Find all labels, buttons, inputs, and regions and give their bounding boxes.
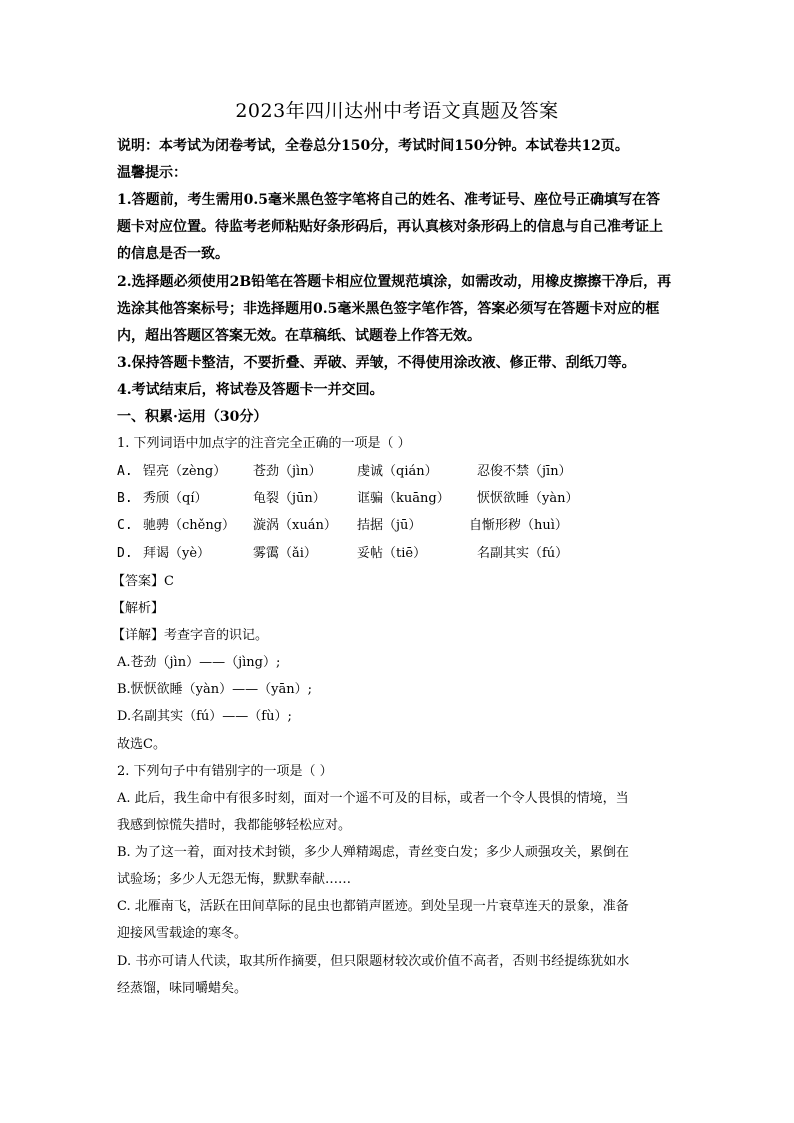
tip-2-line-3: 内，超出答题区答案无效。在草稿纸、试题卷上作答无效。 bbox=[117, 327, 687, 345]
q2-option-a-line-2: 我感到惊慌失措时，我都能够轻松应对。 bbox=[117, 817, 687, 835]
option-item: 妥帖（tiē） bbox=[357, 545, 426, 563]
question-1-stem: 1. 下列词语中加点字的注音完全正确的一项是（ ） bbox=[117, 435, 687, 453]
question-2-stem: 2. 下列句子中有错别字的一项是（ ） bbox=[117, 763, 687, 781]
tip-1-line-2: 题卡对应位置。待监考老师粘贴好条形码后，再认真核对条形码上的信息与自己准考证上 bbox=[117, 218, 687, 236]
tip-2-line-2: 选涂其他答案标号；非选择题用0.5毫米黑色签字笔作答，答案必须写在答题卡对应的框 bbox=[117, 300, 687, 318]
q1-detail: 【详解】考查字音的识记。 bbox=[112, 627, 682, 645]
tip-2-line-1: 2.选择题必须使用2B铅笔在答题卡相应位置规范填涂，如需改动，用橡皮擦擦干净后，… bbox=[117, 273, 687, 291]
exam-note: 说明：本考试为闭卷考试，全卷总分150分，考试时间150分钟。本试卷共12页。 bbox=[117, 137, 687, 155]
option-label: C. bbox=[117, 517, 133, 535]
option-item: 龟裂（jūn） bbox=[253, 490, 326, 508]
tip-1-line-3: 的信息是否一致。 bbox=[117, 245, 687, 263]
document-title: 2023年四川达州中考语文真题及答案 bbox=[0, 96, 794, 123]
q2-option-b-line-2: 试验场；多少人无怨无悔，默默奉献…… bbox=[117, 871, 687, 889]
q2-option-b-line-1: B. 为了这一着，面对技术封锁，多少人殚精竭虑，青丝变白发；多少人顽强攻关，累倒… bbox=[117, 844, 687, 862]
q1-conclusion: 故选C。 bbox=[117, 736, 687, 754]
option-item: 苍劲（jìn） bbox=[253, 463, 322, 481]
q1-analysis-heading: 【解析】 bbox=[112, 600, 682, 618]
option-label: B. bbox=[117, 490, 133, 508]
tip-1-line-1: 1.答题前，考生需用0.5毫米黑色签字笔将自己的姓名、准考证号、座位号正确填写在… bbox=[117, 191, 687, 209]
q2-option-d-line-2: 经蒸馏，味同嚼蜡矣。 bbox=[117, 980, 687, 998]
q2-option-c-line-1: C. 北雁南飞，活跃在田间草际的昆虫也都销声匿迹。到处呈现一片衰草连天的景象，准… bbox=[117, 898, 687, 916]
q1-explanation-b: B.恹恹欲睡（yàn）——（yān）; bbox=[117, 681, 687, 699]
option-item: 虔诚（qián） bbox=[357, 463, 438, 481]
tips-heading: 温馨提示： bbox=[117, 164, 687, 182]
q2-option-a-line-1: A. 此后，我生命中有很多时刻，面对一个遥不可及的目标，或者一个令人畏惧的情境，… bbox=[117, 790, 687, 808]
q2-option-c-line-2: 迎接风雪载途的寒冬。 bbox=[117, 925, 687, 943]
option-item: 拮据（jū） bbox=[357, 517, 421, 535]
tip-3: 3.保持答题卡整洁，不要折叠、弄破、弄皱，不得使用涂改液、修正带、刮纸刀等。 bbox=[117, 354, 687, 372]
option-label: D. bbox=[117, 545, 133, 563]
option-item: 拜谒（yè） bbox=[143, 545, 210, 563]
option-item: 恹恹欲睡（yàn） bbox=[477, 490, 578, 508]
option-item: 名副其实（fú） bbox=[477, 545, 568, 563]
q1-explanation-a: A.苍劲（jìn）——（jìng）; bbox=[117, 654, 687, 672]
option-item: 秀颀（qí） bbox=[143, 490, 207, 508]
option-item: 雾霭（ǎi） bbox=[253, 545, 317, 563]
option-item: 诓骗（kuāng） bbox=[357, 490, 450, 508]
option-label: A. bbox=[117, 463, 133, 481]
tip-4: 4.考试结束后，将试卷及答题卡一并交回。 bbox=[117, 381, 687, 399]
q1-answer: 【答案】C bbox=[112, 573, 682, 591]
section-heading: 一、积累·运用（30分） bbox=[117, 408, 687, 426]
option-item: 漩涡（xuán） bbox=[253, 517, 337, 535]
option-item: 驰骋（chěng） bbox=[143, 517, 235, 535]
q1-explanation-d: D.名副其实（fú）——（fù）; bbox=[117, 708, 687, 726]
q2-option-d-line-1: D. 书亦可请人代读，取其所作摘要，但只限题材较次或价值不高者，否则书经提练犹如… bbox=[117, 953, 687, 971]
option-item: 锃亮（zèng） bbox=[143, 463, 226, 481]
document-page: 2023年四川达州中考语文真题及答案 说明：本考试为闭卷考试，全卷总分150分，… bbox=[0, 0, 794, 1123]
option-item: 自惭形秽（huì） bbox=[469, 517, 568, 535]
option-item: 忍俊不禁（jīn） bbox=[477, 463, 572, 481]
